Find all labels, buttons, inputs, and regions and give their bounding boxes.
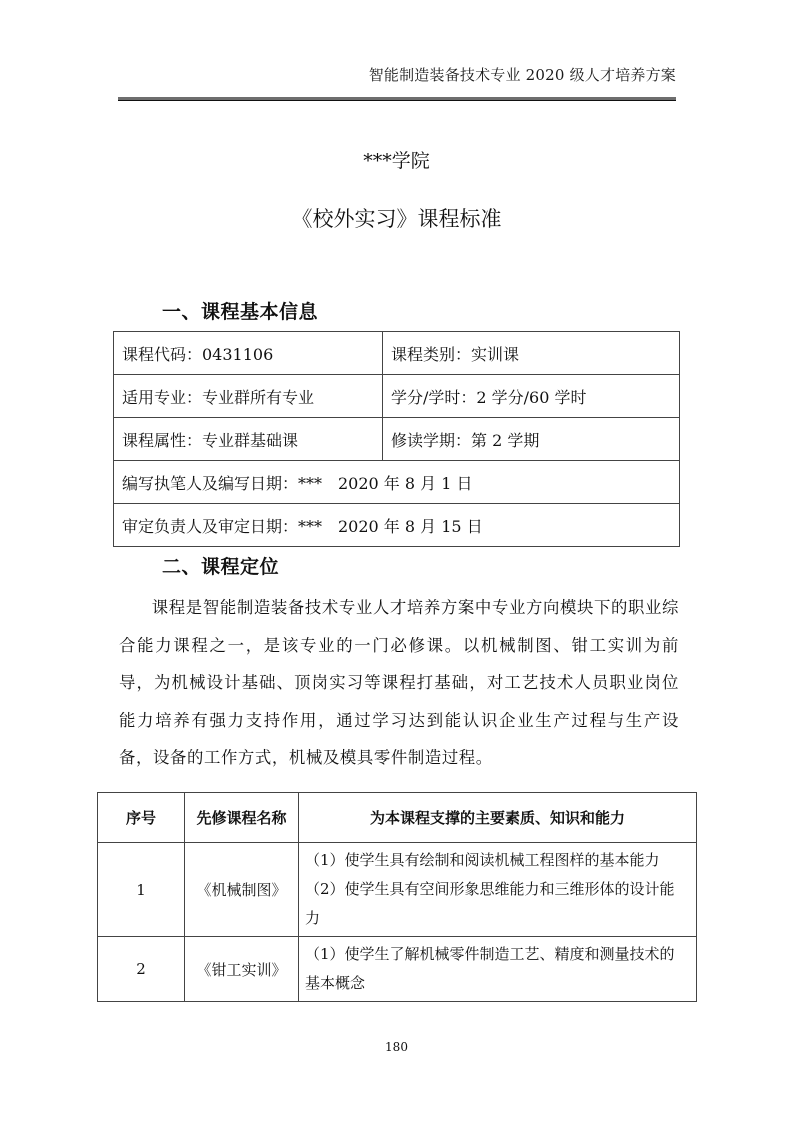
course-type-cell: 课程类别：实训课 — [383, 332, 680, 375]
course-name: 《钳工实训》 — [185, 937, 299, 1002]
prerequisite-courses-table: 序号 先修课程名称 为本课程支撑的主要素质、知识和能力 1 《机械制图》 （1）… — [97, 792, 697, 1002]
ability-item: （1）使学生具有绘制和阅读机械工程图样的基本能力 — [305, 846, 688, 875]
applicable-major-cell: 适用专业：专业群所有专业 — [114, 375, 383, 418]
course-attribute-cell: 课程属性：专业群基础课 — [114, 418, 383, 461]
row-number: 1 — [98, 843, 185, 937]
ability-item: （2）使学生具有空间形象思维能力和三维形体的设计能力 — [305, 875, 688, 933]
section-heading-course-positioning: 二、课程定位 — [162, 552, 279, 579]
course-name: 《机械制图》 — [185, 843, 299, 937]
table-row: 2 《钳工实训》 （1）使学生了解机械零件制造工艺、精度和测量技术的基本概念 — [98, 937, 697, 1002]
college-name: ***学院 — [0, 146, 793, 173]
abilities-cell: （1）使学生了解机械零件制造工艺、精度和测量技术的基本概念 — [299, 937, 697, 1002]
semester-cell: 修读学期：第 2 学期 — [383, 418, 680, 461]
running-header: 智能制造装备技术专业 2020 级人才培养方案 — [369, 64, 676, 85]
abilities-cell: （1）使学生具有绘制和阅读机械工程图样的基本能力 （2）使学生具有空间形象思维能… — [299, 843, 697, 937]
course-positioning-paragraph: 课程是智能制造装备技术专业人才培养方案中专业方向模块下的职业综合能力课程之一，是… — [119, 589, 679, 777]
table-row: 课程属性：专业群基础课 修读学期：第 2 学期 — [114, 418, 680, 461]
header-rule — [118, 97, 676, 101]
section-heading-basic-info: 一、课程基本信息 — [162, 297, 318, 324]
table-header-row: 序号 先修课程名称 为本课程支撑的主要素质、知识和能力 — [98, 793, 697, 843]
table-row: 适用专业：专业群所有专业 学分/学时：2 学分/60 学时 — [114, 375, 680, 418]
table-row: 1 《机械制图》 （1）使学生具有绘制和阅读机械工程图样的基本能力 （2）使学生… — [98, 843, 697, 937]
ability-item: （1）使学生了解机械零件制造工艺、精度和测量技术的基本概念 — [305, 940, 688, 998]
column-header-course: 先修课程名称 — [185, 793, 299, 843]
credits-hours-cell: 学分/学时：2 学分/60 学时 — [383, 375, 680, 418]
table-row: 课程代码：0431106 课程类别：实训课 — [114, 332, 680, 375]
document-title: 《校外实习》课程标准 — [0, 203, 793, 233]
row-number: 2 — [98, 937, 185, 1002]
author-date-cell: 编写执笔人及编写日期：*** 2020 年 8 月 1 日 — [114, 461, 680, 504]
table-row: 编写执笔人及编写日期：*** 2020 年 8 月 1 日 — [114, 461, 680, 504]
table-row: 审定负责人及审定日期：*** 2020 年 8 月 15 日 — [114, 504, 680, 547]
course-info-table: 课程代码：0431106 课程类别：实训课 适用专业：专业群所有专业 学分/学时… — [113, 331, 680, 547]
reviewer-date-cell: 审定负责人及审定日期：*** 2020 年 8 月 15 日 — [114, 504, 680, 547]
column-header-number: 序号 — [98, 793, 185, 843]
page-number: 180 — [0, 1040, 793, 1054]
column-header-abilities: 为本课程支撑的主要素质、知识和能力 — [299, 793, 697, 843]
course-code-cell: 课程代码：0431106 — [114, 332, 383, 375]
